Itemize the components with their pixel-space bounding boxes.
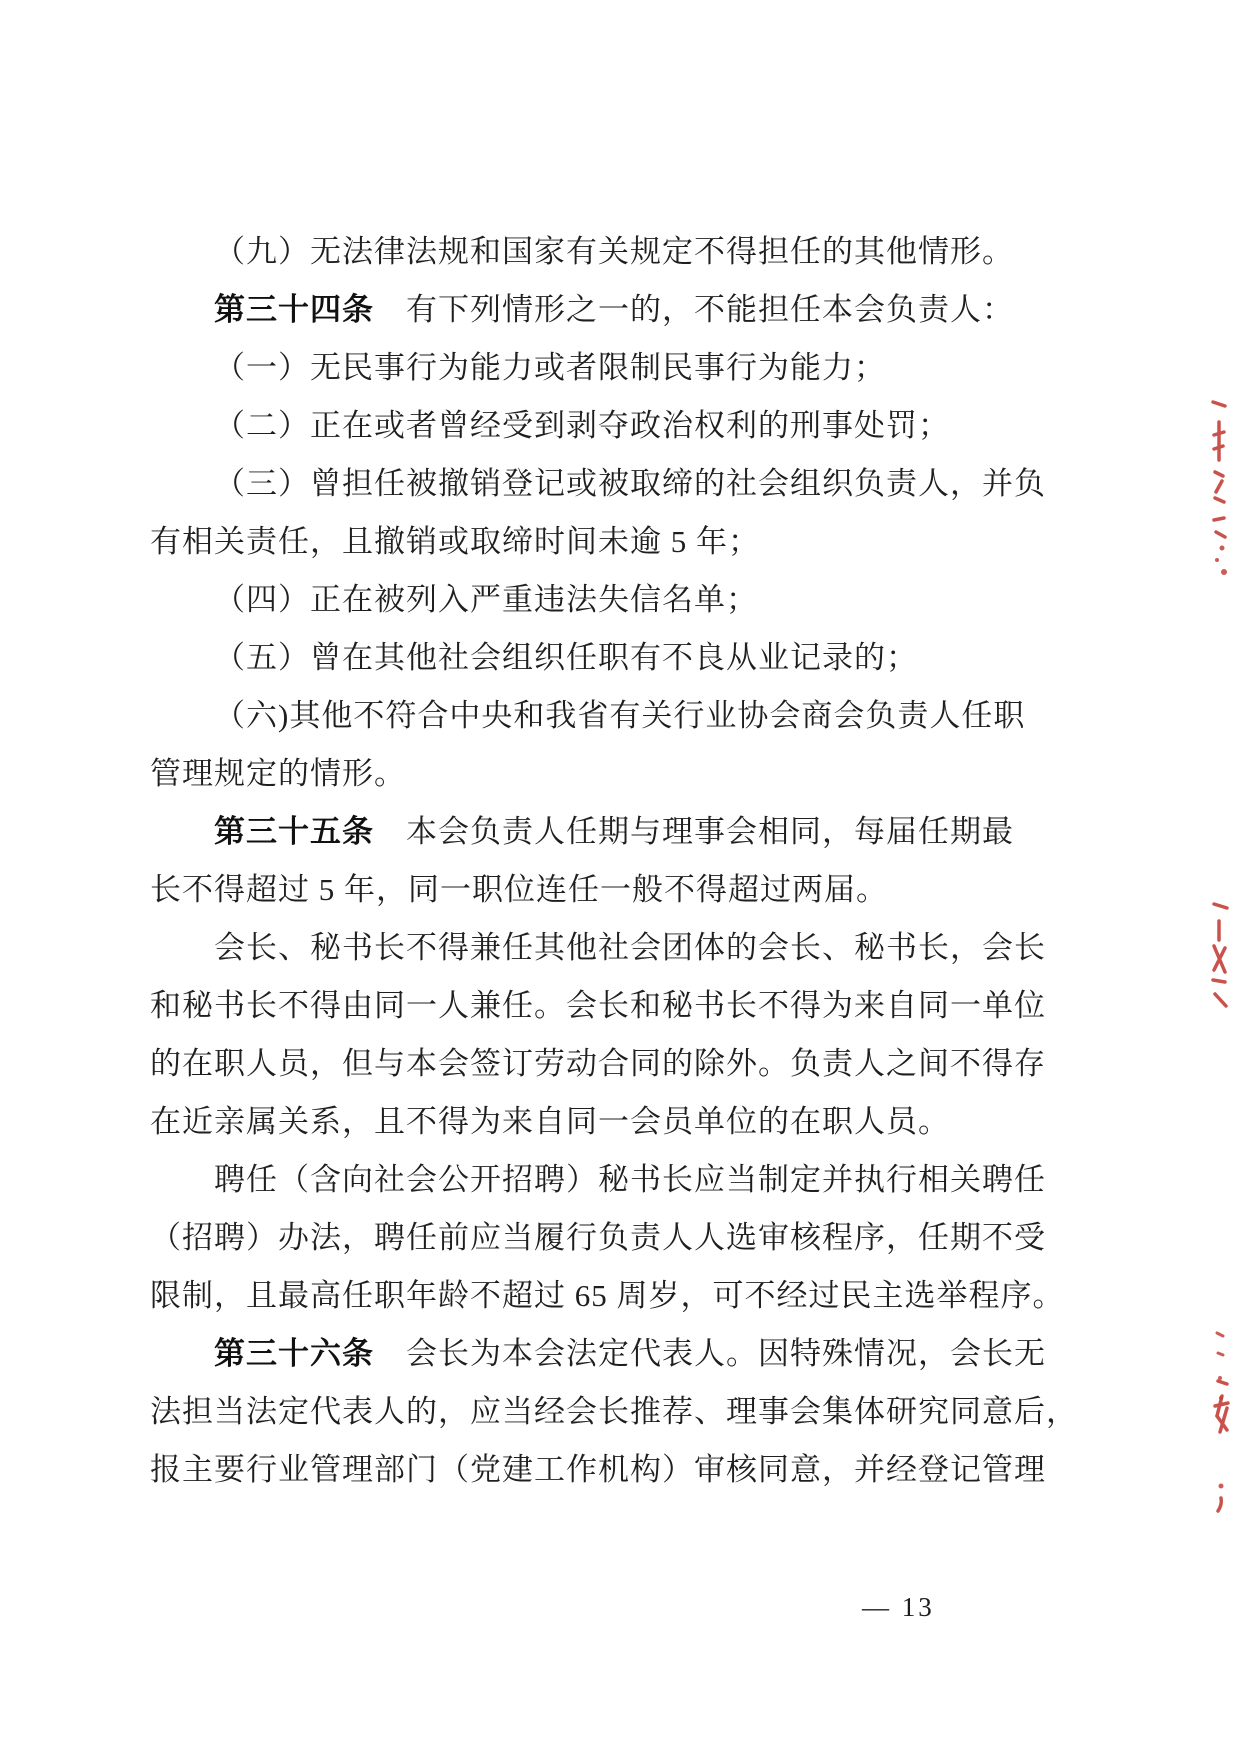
- doc-line: （四）正在被列入严重违法失信名单；: [150, 571, 1050, 629]
- article-text: 本会负责人任期与理事会相同，每届任期最: [374, 814, 1014, 849]
- article-text: 会长为本会法定代表人。因特殊情况，会长无: [374, 1336, 1046, 1371]
- document-body: （九）无法律法规和国家有关规定不得担任的其他情形。 第三十四条 有下列情形之一的…: [150, 223, 1050, 1499]
- red-mark-fragment: [1217, 1333, 1223, 1400]
- doc-line: 有相关责任，且撤销或取缔时间未逾 5 年；: [150, 513, 1050, 571]
- doc-line: 法担当法定代表人的，应当经会长推荐、理事会集体研究同意后，: [150, 1383, 1050, 1441]
- red-mark-fragment: [1215, 546, 1227, 576]
- doc-line: 会长、秘书长不得兼任其他社会团体的会长、秘书长，会长: [150, 919, 1050, 977]
- article-number: 第三十六条: [214, 1336, 374, 1371]
- article-number: 第三十五条: [214, 814, 374, 849]
- doc-line: （九）无法律法规和国家有关规定不得担任的其他情形。: [150, 223, 1050, 281]
- doc-line: （二）正在或者曾经受到剥夺政治权利的刑事处罚；: [150, 397, 1050, 455]
- doc-line: 限制，且最高任职年龄不超过 65 周岁，可不经过民主选举程序。: [150, 1267, 1050, 1325]
- doc-line: 聘任（含向社会公开招聘）秘书长应当制定并执行相关聘任: [150, 1151, 1050, 1209]
- doc-line: （三）曾担任被撤销登记或被取缔的社会组织负责人，并负: [150, 455, 1050, 513]
- doc-line: 管理规定的情形。: [150, 745, 1050, 803]
- doc-line: 在近亲属关系，且不得为来自同一会员单位的在职人员。: [150, 1093, 1050, 1151]
- article-heading-line: 第三十六条 会长为本会法定代表人。因特殊情况，会长无: [150, 1325, 1050, 1383]
- article-heading-line: 第三十五条 本会负责人任期与理事会相同，每届任期最: [150, 803, 1050, 861]
- doc-line: 报主要行业管理部门（党建工作机构）审核同意，并经登记管理: [150, 1441, 1050, 1499]
- red-mark-fragment: [1213, 904, 1227, 1006]
- doc-line: 的在职人员，但与本会签订劳动合同的除外。负责人之间不得存: [150, 1035, 1050, 1093]
- article-text: 有下列情形之一的，不能担任本会负责人：: [374, 292, 1014, 327]
- red-margin-marks: [1200, 380, 1240, 1520]
- article-heading-line: 第三十四条 有下列情形之一的，不能担任本会负责人：: [150, 281, 1050, 339]
- red-margin-marks-svg: [1200, 380, 1240, 1520]
- red-mark-fragment: [1219, 1484, 1224, 1489]
- doc-line: 长不得超过 5 年，同一职位连任一般不得超过两届。: [150, 861, 1050, 919]
- scanned-document-page: （九）无法律法规和国家有关规定不得担任的其他情形。 第三十四条 有下列情形之一的…: [0, 0, 1240, 1754]
- doc-line: 和秘书长不得由同一人兼任。会长和秘书长不得为来自同一单位: [150, 977, 1050, 1035]
- doc-line: （一）无民事行为能力或者限制民事行为能力；: [150, 339, 1050, 397]
- page-number: — 13: [862, 1592, 935, 1623]
- article-number: 第三十四条: [214, 292, 374, 327]
- doc-line: （五）曾在其他社会组织任职有不良从业记录的；: [150, 629, 1050, 687]
- red-mark-fragment: [1215, 1381, 1228, 1511]
- doc-line: （招聘）办法，聘任前应当履行负责人人选审核程序，任期不受: [150, 1209, 1050, 1267]
- doc-line: （六)其他不符合中央和我省有关行业协会商会负责人任职: [150, 687, 1050, 745]
- red-mark-fragment: [1213, 402, 1225, 537]
